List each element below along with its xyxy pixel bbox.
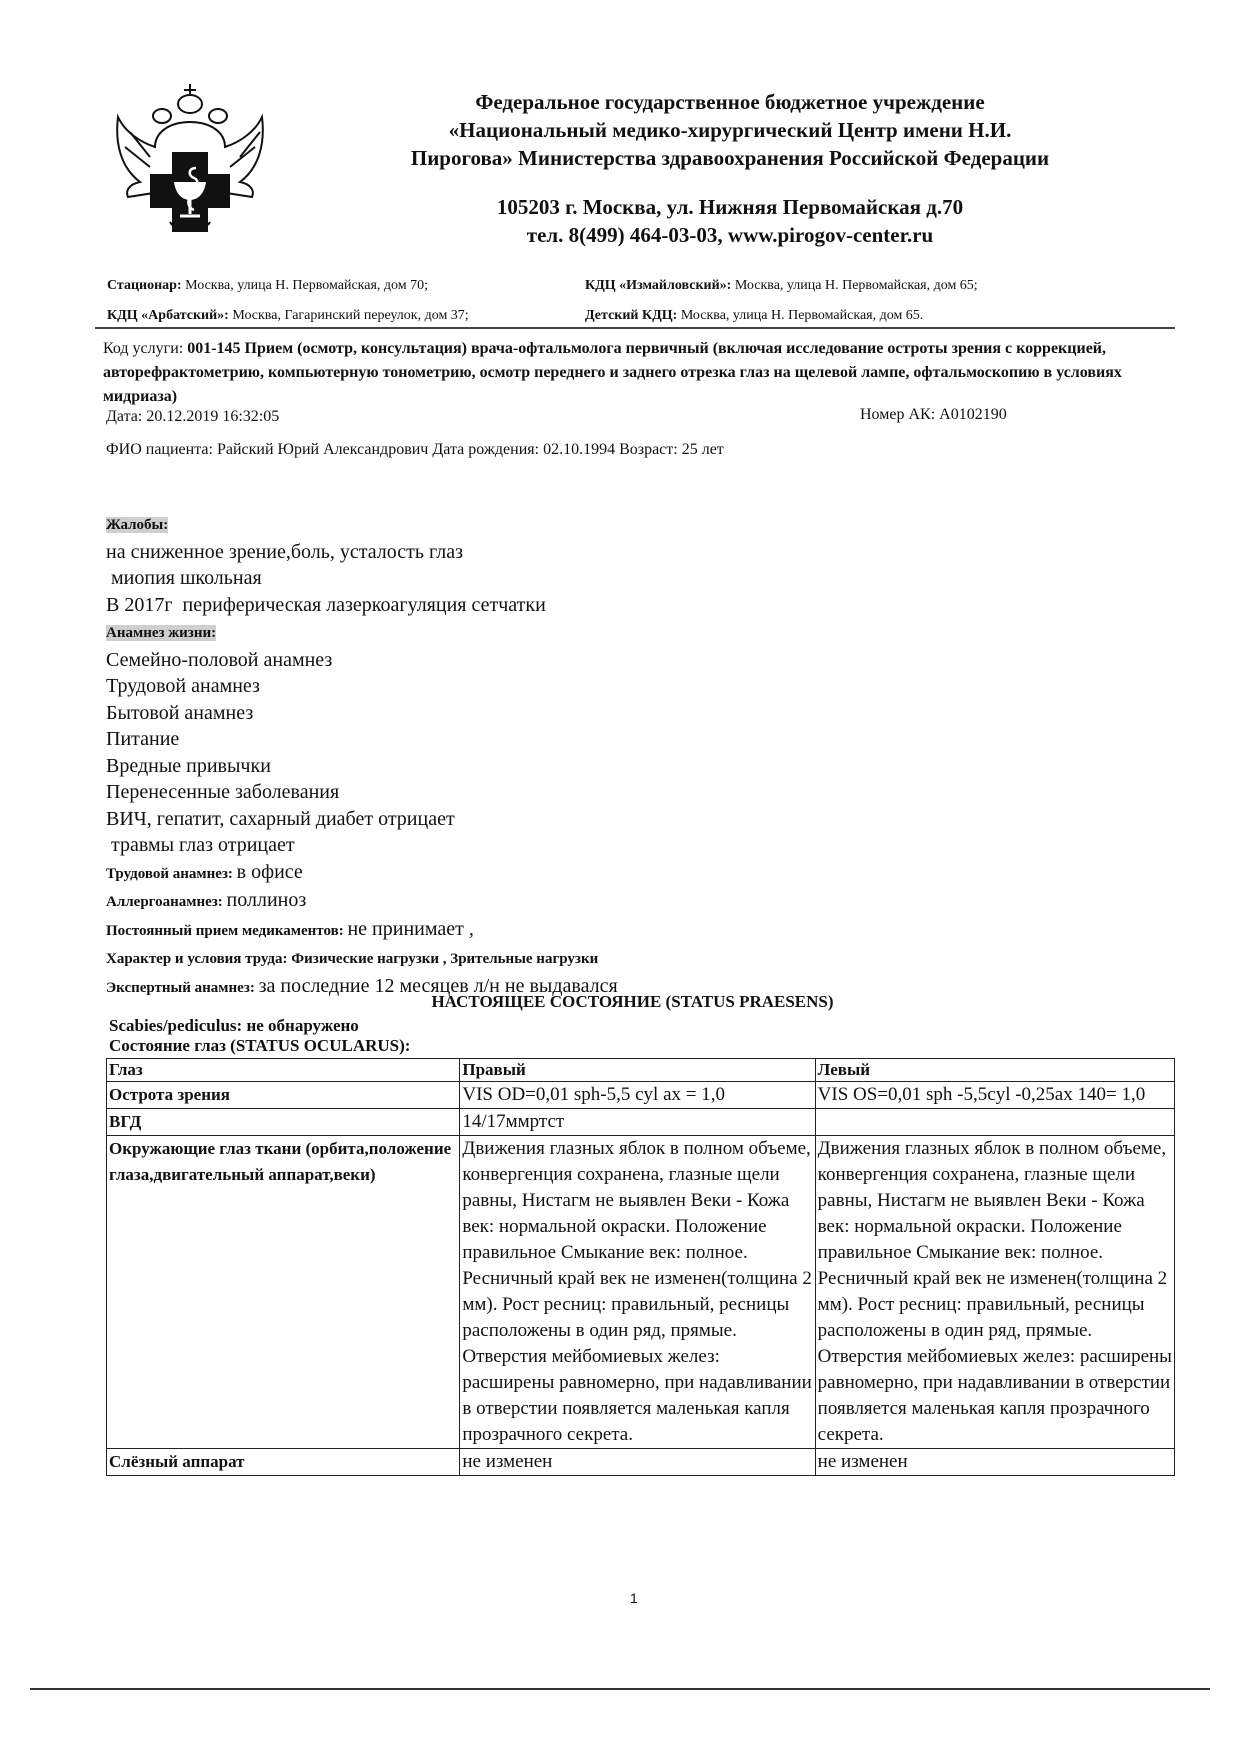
anamnesis-field: Трудовой анамнез: в офисе [106,859,1006,888]
field-label: Характер и условия труда: [106,951,291,967]
scabies-line: Scabies/pediculus: не обнаружено [109,1016,359,1036]
life-history-line: Вредные привычки [106,753,1006,780]
emblem-icon [100,72,280,247]
anamnesis-section: Жалобы: на сниженное зрение,боль, устало… [106,510,1006,1001]
left-eye-cell: VIS OS=0,01 sph -5,5cyl -0,25ax 140= 1,0 [815,1082,1174,1109]
ak-number: Номер АК: A0102190 [860,406,1007,424]
page-number: 1 [630,1590,638,1606]
service-description: 001-145 Прием (осмотр, консультация) вра… [103,340,1122,405]
branch-item: Стационар: Москва, улица Н. Первомайская… [107,271,585,301]
complaint-line: В 2017г периферическая лазеркоагуляция с… [106,592,1006,619]
branch-label: Стационар: [107,278,182,293]
organization-name: Федеральное государственное бюджетное уч… [330,88,1130,172]
address-line: 105203 г. Москва, ул. Нижняя Первомайска… [330,193,1130,221]
org-line: Пирогова» Министерства здравоохранения Р… [330,144,1130,172]
life-history-line: Трудовой анамнез [106,673,1006,700]
org-line: Федеральное государственное бюджетное уч… [330,88,1130,116]
header-divider [95,327,1175,329]
scan-edge-line [30,1688,1210,1690]
branch-address: Москва, Гагаринский переулок, дом 37; [229,308,469,323]
life-history-line: травмы глаз отрицает [106,832,1006,859]
organization-address: 105203 г. Москва, ул. Нижняя Первомайска… [330,193,1130,249]
param-cell: Окружающие глаз ткани (орбита,положение … [107,1136,460,1449]
left-eye-cell [815,1109,1174,1136]
field-label: Постоянный прием медикаментов: [106,923,347,939]
table-row: ВГД 14/17ммртст [107,1109,1175,1136]
life-history-title: Анамнез жизни: [106,625,216,641]
left-eye-cell: Движения глазных яблок в полном объеме, … [815,1136,1174,1449]
table-header-row: Глаз Правый Левый [107,1059,1175,1082]
anamnesis-field: Характер и условия труда: Физические наг… [106,944,1006,973]
right-eye-cell: не изменен [460,1449,815,1476]
field-value: в офисе [237,861,303,883]
branch-label: КДЦ «Измайловский»: [585,278,731,293]
service-label: Код услуги: [103,340,187,357]
org-line: «Национальный медико-хирургический Центр… [330,116,1130,144]
contacts-line: тел. 8(499) 464-03-03, www.pirogov-cente… [330,221,1130,249]
param-cell: Слёзный аппарат [107,1449,460,1476]
field-value: не принимает , [347,918,473,940]
column-header: Правый [460,1059,815,1082]
left-eye-cell: не изменен [815,1449,1174,1476]
branch-address: Москва, улица Н. Первомайская, дом 70; [182,278,428,293]
branch-list: Стационар: Москва, улица Н. Первомайская… [107,271,978,331]
branch-address: Москва, улица Н. Первомайская, дом 65. [677,308,923,323]
life-history-line: ВИЧ, гепатит, сахарный диабет отрицает [106,806,1006,833]
right-eye-cell: VIS OD=0,01 sph-5,5 cyl ax = 1,0 [460,1082,815,1109]
life-history-line: Перенесенные заболевания [106,779,1006,806]
right-eye-cell: Движения глазных яблок в полном объеме, … [460,1136,815,1449]
param-cell: Острота зрения [107,1082,460,1109]
complaint-line: на сниженное зрение,боль, усталость глаз [106,539,1006,566]
life-history-line: Питание [106,726,1006,753]
complaints-title: Жалобы: [106,517,168,533]
column-header: Глаз [107,1059,460,1082]
field-label: Трудовой анамнез: [106,866,237,882]
status-ocular-title: Состояние глаз (STATUS OCULARUS): [109,1036,410,1056]
right-eye-cell: 14/17ммртст [460,1109,815,1136]
table-row: Окружающие глаз ткани (орбита,положение … [107,1136,1175,1449]
field-value: Физические нагрузки , Зрительные нагрузк… [291,951,598,967]
life-history-line: Семейно-половой анамнез [106,647,1006,674]
eye-status-table: Глаз Правый Левый Острота зрения VIS OD=… [106,1058,1175,1476]
complaint-line: миопия школьная [106,565,1006,592]
anamnesis-field: Аллергоанамнез: поллиноз [106,887,1006,916]
status-praesens-title: НАСТОЯЩЕЕ СОСТОЯНИЕ (STATUS PRAESENS) [90,992,1175,1012]
column-header: Левый [815,1059,1174,1082]
anamnesis-field: Постоянный прием медикаментов: не приним… [106,916,1006,945]
service-code: Код услуги: 001-145 Прием (осмотр, консу… [103,337,1178,409]
patient-info: ФИО пациента: Райский Юрий Александрович… [106,438,866,462]
table-row: Слёзный аппарат не изменен не изменен [107,1449,1175,1476]
field-value: поллиноз [227,889,307,911]
visit-date: Дата: 20.12.2019 16:32:05 [106,408,279,426]
life-history-line: Бытовой анамнез [106,700,1006,727]
param-cell: ВГД [107,1109,460,1136]
branch-label: КДЦ «Арбатский»: [107,308,229,323]
field-label: Аллергоанамнез: [106,894,227,910]
branch-item: КДЦ «Измайловский»: Москва, улица Н. Пер… [585,271,978,301]
branch-label: Детский КДЦ: [585,308,677,323]
table-row: Острота зрения VIS OD=0,01 sph-5,5 cyl a… [107,1082,1175,1109]
branch-address: Москва, улица Н. Первомайская, дом 65; [731,278,977,293]
